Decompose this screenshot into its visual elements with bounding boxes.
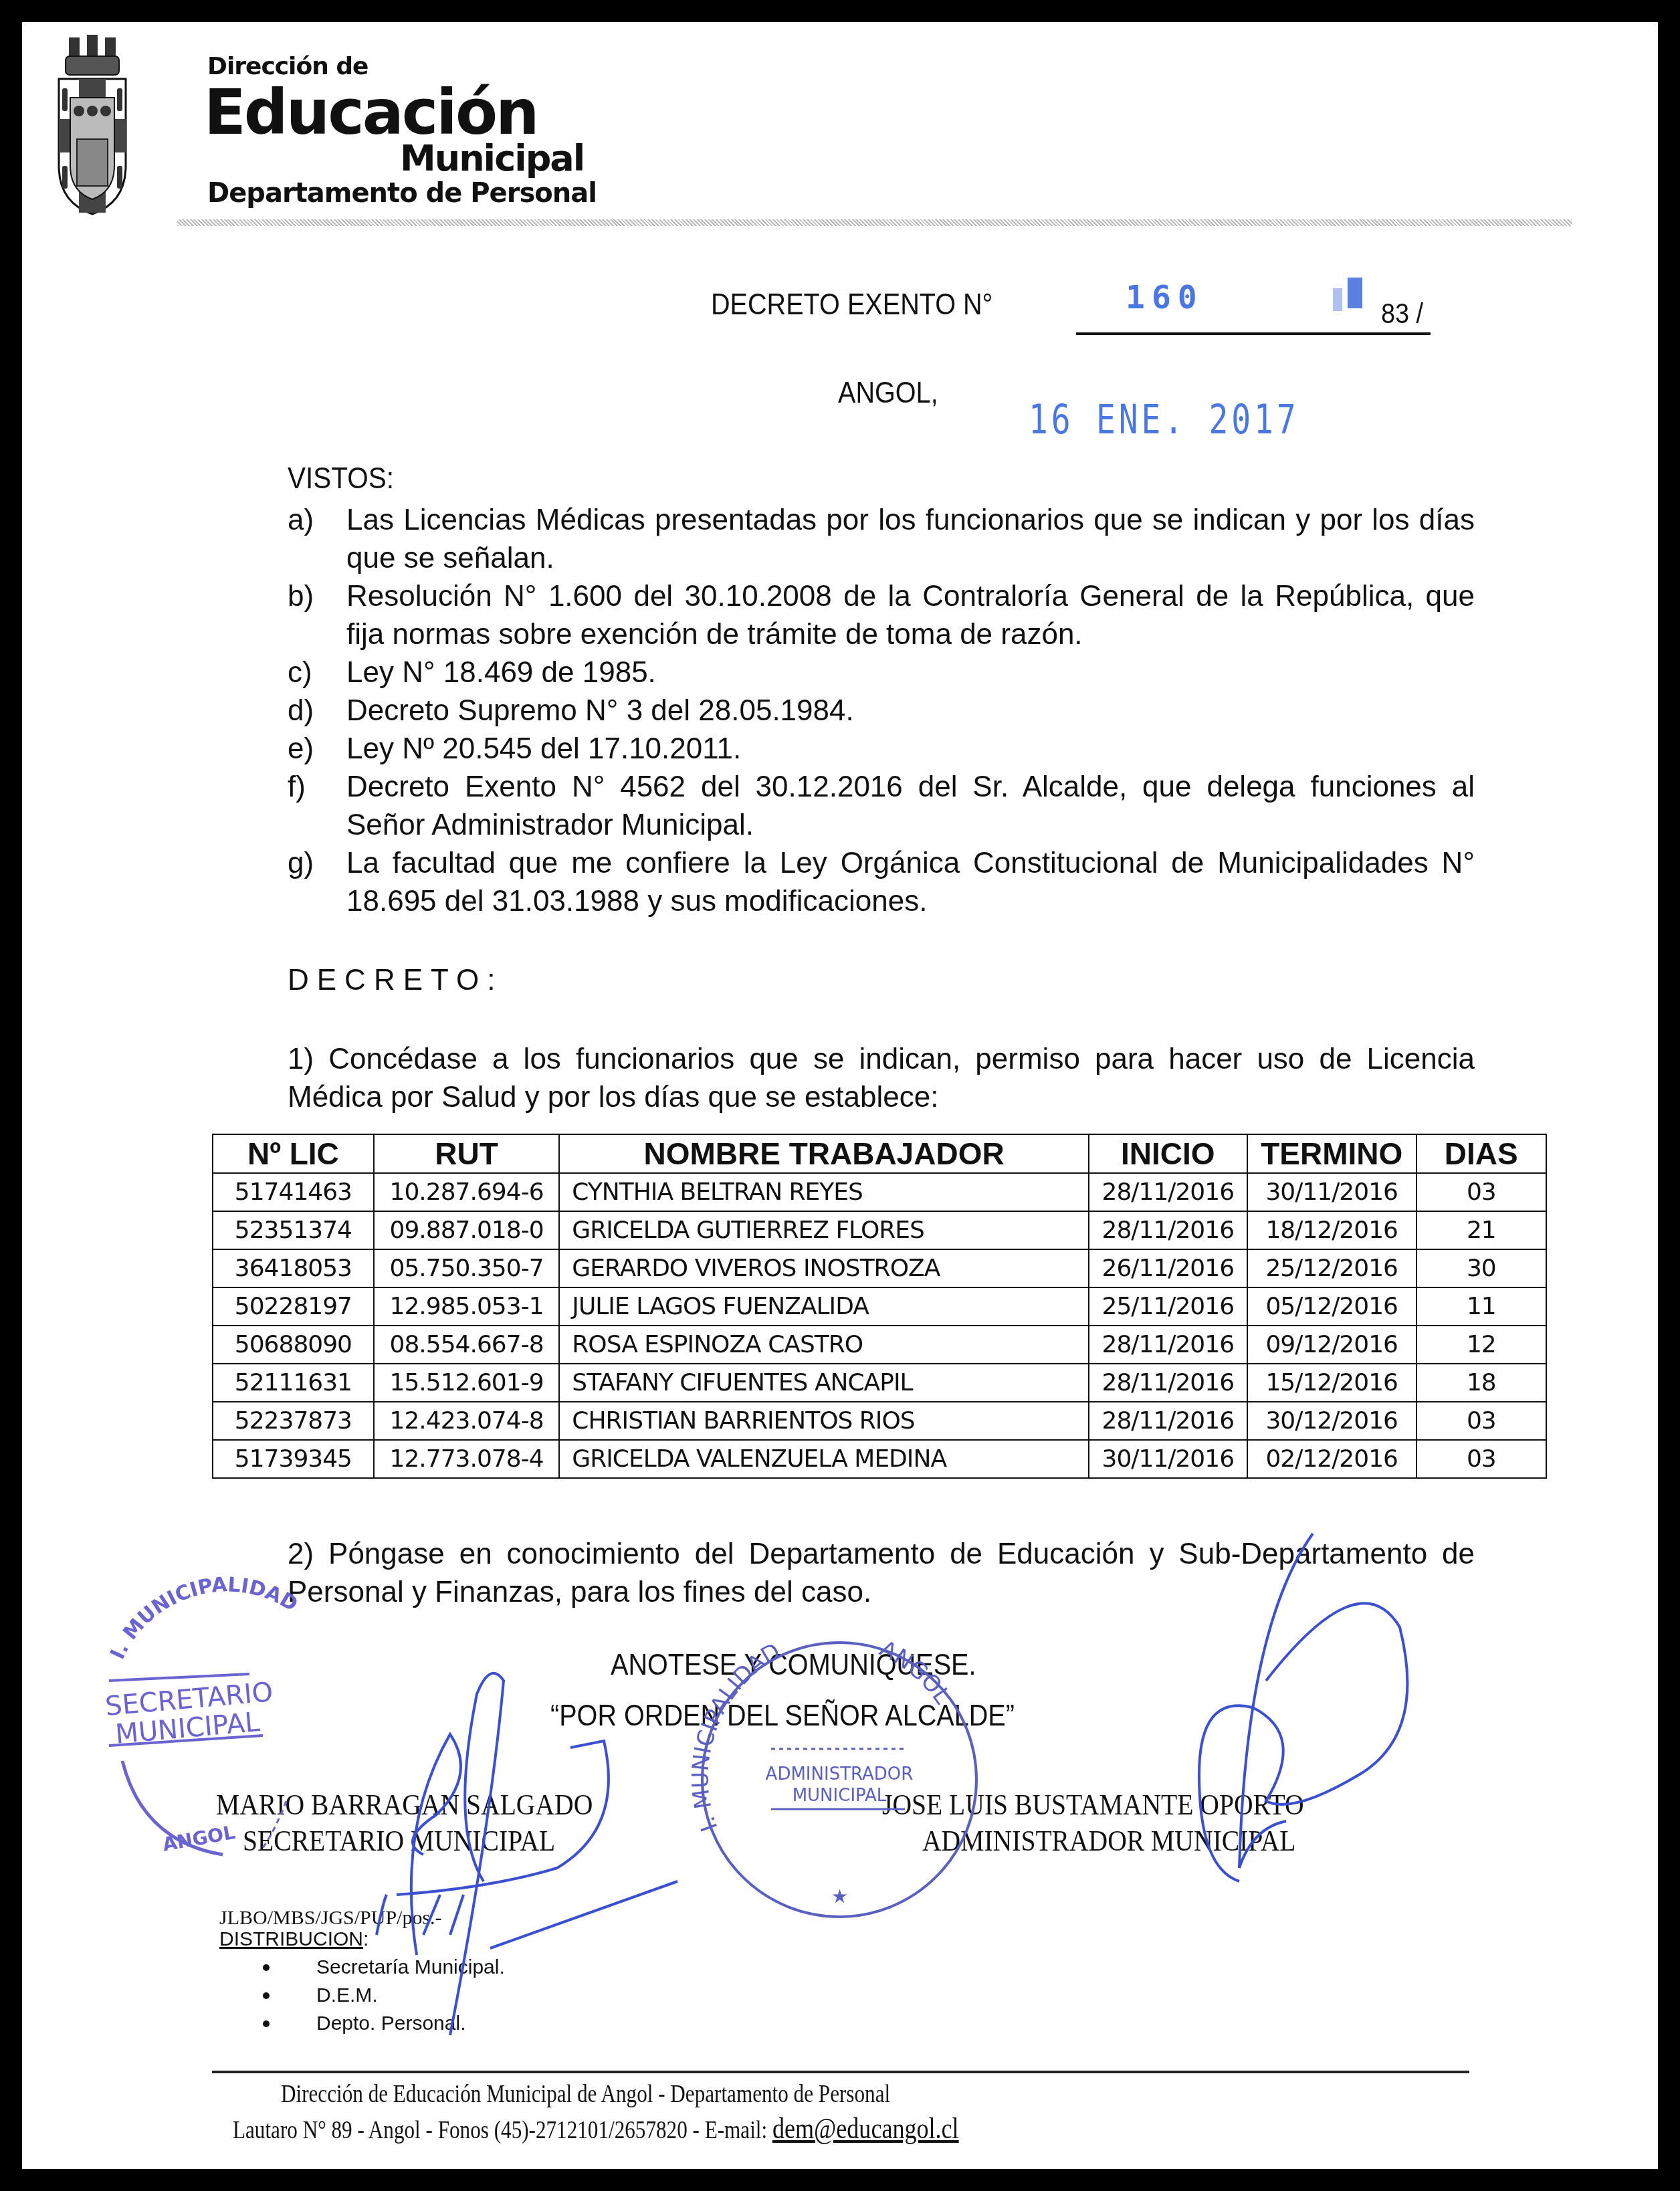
cell-start-date: 28/11/2016: [1089, 1364, 1247, 1402]
cell-rut: 12.985.053-1: [374, 1287, 560, 1326]
item-marker: b): [288, 577, 314, 615]
vistos-item: c)Ley N° 18.469 de 1985.: [288, 653, 1475, 692]
item-text: Las Licencias Médicas presentadas por lo…: [346, 504, 1475, 575]
closing-por-orden: “POR ORDEN DEL SEÑOR ALCALDE”: [550, 1699, 1015, 1733]
distribution-title: DISTRIBUCION:: [219, 1928, 369, 1951]
cell-rut: 09.887.018-0: [374, 1211, 560, 1249]
cell-days: 03: [1416, 1173, 1546, 1211]
decreto-point-1: 1) Concédase a los funcionarios que se i…: [288, 1040, 1475, 1116]
document-page: Dirección de Educación Municipal Departa…: [22, 22, 1658, 2169]
cell-start-date: 26/11/2016: [1089, 1249, 1247, 1287]
footer-line-2: Lautaro N° 89 - Angol - Fonos (45)-27121…: [233, 2111, 959, 2146]
cell-rut: 05.750.350-7: [374, 1249, 560, 1287]
table-row: 5173934512.773.078-4GRICELDA VALENZUELA …: [213, 1440, 1546, 1478]
distribution-item: Secretaría Municipal.: [263, 1954, 505, 1982]
cell-worker-name: GRICELDA GUTIERREZ FLORES: [559, 1211, 1089, 1249]
table-header-row: Nº LIC RUT NOMBRE TRABAJADOR INICIO TERM…: [213, 1134, 1546, 1173]
cell-lic-number: 50228197: [213, 1287, 374, 1326]
item-text: Ley N° 18.469 de 1985.: [346, 656, 656, 689]
cell-days: 30: [1416, 1249, 1546, 1287]
cell-lic-number: 50688090: [213, 1326, 374, 1364]
cell-end-date: 15/12/2016: [1247, 1364, 1416, 1402]
cell-rut: 12.773.078-4: [374, 1440, 560, 1478]
vistos-item: f)Decreto Exento N° 4562 del 30.12.2016 …: [288, 768, 1475, 844]
cell-end-date: 02/12/2016: [1247, 1440, 1416, 1478]
decreto-point-2: 2) Póngase en conocimiento del Departame…: [288, 1535, 1475, 1611]
vistos-item: a)Las Licencias Médicas presentadas por …: [288, 501, 1475, 577]
svg-text:MUNICIPAL: MUNICIPAL: [114, 1707, 261, 1750]
cell-days: 18: [1416, 1364, 1546, 1402]
cell-worker-name: JULIE LAGOS FUENZALIDA: [559, 1287, 1089, 1326]
cell-end-date: 09/12/2016: [1247, 1326, 1416, 1364]
cell-start-date: 28/11/2016: [1089, 1402, 1247, 1440]
cell-start-date: 30/11/2016: [1089, 1440, 1247, 1478]
vistos-item: d)Decreto Supremo N° 3 del 28.05.1984.: [288, 692, 1475, 730]
cell-rut: 15.512.601-9: [374, 1364, 560, 1402]
signatory-2-role: ADMINISTRADOR MUNICIPAL: [922, 1824, 1295, 1858]
table-row: 5068809008.554.667-8ROSA ESPINOZA CASTRO…: [213, 1326, 1546, 1364]
item-marker: g): [288, 844, 314, 882]
item-text: Decreto Exento N° 4562 del 30.12.2016 de…: [346, 770, 1475, 841]
cell-lic-number: 52111631: [213, 1364, 374, 1402]
distribution-item: Depto. Personal.: [263, 2010, 505, 2038]
svg-text:MUNICIPAL: MUNICIPAL: [793, 1786, 887, 1806]
cell-lic-number: 36418053: [213, 1249, 374, 1287]
cell-start-date: 28/11/2016: [1089, 1211, 1247, 1249]
footer-line-1: Dirección de Educación Municipal de Ango…: [281, 2079, 890, 2109]
cell-worker-name: GRICELDA VALENZUELA MEDINA: [559, 1440, 1089, 1478]
licenses-table: Nº LIC RUT NOMBRE TRABAJADOR INICIO TERM…: [212, 1134, 1547, 1479]
item-text: Decreto Supremo N° 3 del 28.05.1984.: [346, 694, 854, 727]
cell-worker-name: CHRISTIAN BARRIENTOS RIOS: [559, 1402, 1089, 1440]
cell-end-date: 05/12/2016: [1247, 1287, 1416, 1326]
cell-worker-name: ROSA ESPINOZA CASTRO: [559, 1326, 1089, 1364]
col-header-rut: RUT: [374, 1134, 560, 1173]
cell-lic-number: 52351374: [213, 1211, 374, 1249]
vistos-list: a)Las Licencias Médicas presentadas por …: [288, 501, 1475, 920]
header-line-3: Municipal: [400, 137, 584, 179]
footer-contact: Lautaro N° 89 - Angol - Fonos (45)-27121…: [233, 2116, 767, 2144]
decree-number-stamp: 160: [1126, 279, 1204, 316]
cell-end-date: 30/12/2016: [1247, 1402, 1416, 1440]
decree-number-underline: [1076, 332, 1431, 335]
cell-days: 12: [1416, 1326, 1546, 1364]
signatory-2-name: JOSE LUIS BUSTAMANTE OPORTO: [882, 1788, 1304, 1822]
vistos-item: e)Ley Nº 20.545 del 17.10.2011.: [288, 730, 1475, 768]
cell-rut: 10.287.694-6: [374, 1173, 560, 1211]
cell-worker-name: STAFANY CIFUENTES ANCAPIL: [559, 1364, 1089, 1402]
item-marker: c): [288, 653, 312, 692]
header-line-1: Dirección de: [207, 53, 369, 80]
footer-divider: [212, 2071, 1469, 2073]
cell-worker-name: GERARDO VIVEROS INOSTROZA: [559, 1249, 1089, 1287]
municipal-coat-of-arms-icon: [56, 32, 129, 216]
col-header-days: DIAS: [1416, 1134, 1546, 1173]
cell-start-date: 25/11/2016: [1089, 1287, 1247, 1326]
cell-rut: 08.554.667-8: [374, 1326, 560, 1364]
table-row: 5211163115.512.601-9STAFANY CIFUENTES AN…: [213, 1364, 1546, 1402]
decree-place: ANGOL,: [838, 377, 938, 410]
col-header-start: INICIO: [1089, 1134, 1247, 1173]
cell-lic-number: 52237873: [213, 1402, 374, 1440]
cell-end-date: 30/11/2016: [1247, 1173, 1416, 1211]
distribution-item: D.E.M.: [263, 1982, 505, 2010]
col-header-lic: Nº LIC: [213, 1134, 374, 1173]
decree-number-suffix: 83 /: [1381, 298, 1423, 330]
vistos-title: VISTOS:: [288, 462, 394, 496]
item-text: La facultad que me confiere la Ley Orgán…: [346, 847, 1475, 918]
cell-start-date: 28/11/2016: [1089, 1326, 1247, 1364]
svg-text:SECRETARIO: SECRETARIO: [104, 1677, 274, 1722]
vistos-item: g)La facultad que me confiere la Ley Org…: [288, 844, 1475, 920]
cell-days: 03: [1416, 1440, 1546, 1478]
svg-text:★: ★: [831, 1886, 848, 1907]
table-row: 5235137409.887.018-0GRICELDA GUTIERREZ F…: [213, 1211, 1546, 1249]
svg-text:ADMINISTRADOR: ADMINISTRADOR: [766, 1764, 914, 1784]
item-marker: a): [288, 501, 314, 539]
item-marker: e): [288, 730, 314, 768]
decree-date-stamp: 16 ENE. 2017: [1029, 397, 1299, 443]
item-marker: f): [288, 768, 306, 806]
col-header-name: NOMBRE TRABAJADOR: [559, 1134, 1089, 1173]
closing-anotese: ANOTESE Y COMUNIQUESE.: [611, 1649, 976, 1682]
distribution-title-text: DISTRIBUCION: [219, 1928, 363, 1950]
cell-rut: 12.423.074-8: [374, 1402, 560, 1440]
cell-worker-name: CYNTHIA BELTRAN REYES: [559, 1173, 1089, 1211]
table-row: 5174146310.287.694-6CYNTHIA BELTRAN REYE…: [213, 1173, 1546, 1211]
cell-days: 21: [1416, 1211, 1546, 1249]
item-marker: d): [288, 692, 314, 730]
vistos-item: b)Resolución N° 1.600 del 30.10.2008 de …: [288, 577, 1475, 653]
table-row: 5022819712.985.053-1JULIE LAGOS FUENZALI…: [213, 1287, 1546, 1326]
author-references: JLBO/MBS/JGS/PUP/pos.-: [219, 1907, 442, 1929]
table-row: 5223787312.423.074-8CHRISTIAN BARRIENTOS…: [213, 1402, 1546, 1440]
header-department: Departamento de Personal: [207, 178, 597, 209]
cell-lic-number: 51741463: [213, 1173, 374, 1211]
item-text: Ley Nº 20.545 del 17.10.2011.: [346, 732, 741, 765]
decree-label: DECRETO EXENTO N°: [711, 288, 992, 322]
cell-end-date: 25/12/2016: [1247, 1249, 1416, 1287]
header-divider: [177, 219, 1572, 226]
decreto-title: DECRETO:: [288, 964, 504, 997]
cell-days: 03: [1416, 1402, 1546, 1440]
item-text: Resolución N° 1.600 del 30.10.2008 de la…: [346, 580, 1475, 651]
cell-lic-number: 51739345: [213, 1440, 374, 1478]
cell-end-date: 18/12/2016: [1247, 1211, 1416, 1249]
svg-text:ANGOL: ANGOL: [161, 1821, 237, 1856]
cell-days: 11: [1416, 1287, 1546, 1326]
signatory-1-role: SECRETARIO MUNICIPAL: [243, 1824, 555, 1858]
distribution-list: Secretaría Municipal. D.E.M. Depto. Pers…: [263, 1954, 505, 2038]
svg-text:I. MUNICIPALIDAD: I. MUNICIPALIDAD: [106, 1573, 302, 1663]
footer-email-link[interactable]: dem@educangol.cl: [772, 2112, 959, 2145]
stamp-mark-icon: [1333, 275, 1365, 315]
signatory-1-name: MARIO BARRAGAN SALGADO: [216, 1788, 593, 1822]
table-row: 3641805305.750.350-7GERARDO VIVEROS INOS…: [213, 1249, 1546, 1287]
col-header-end: TERMINO: [1247, 1134, 1416, 1173]
cell-start-date: 28/11/2016: [1089, 1173, 1247, 1211]
